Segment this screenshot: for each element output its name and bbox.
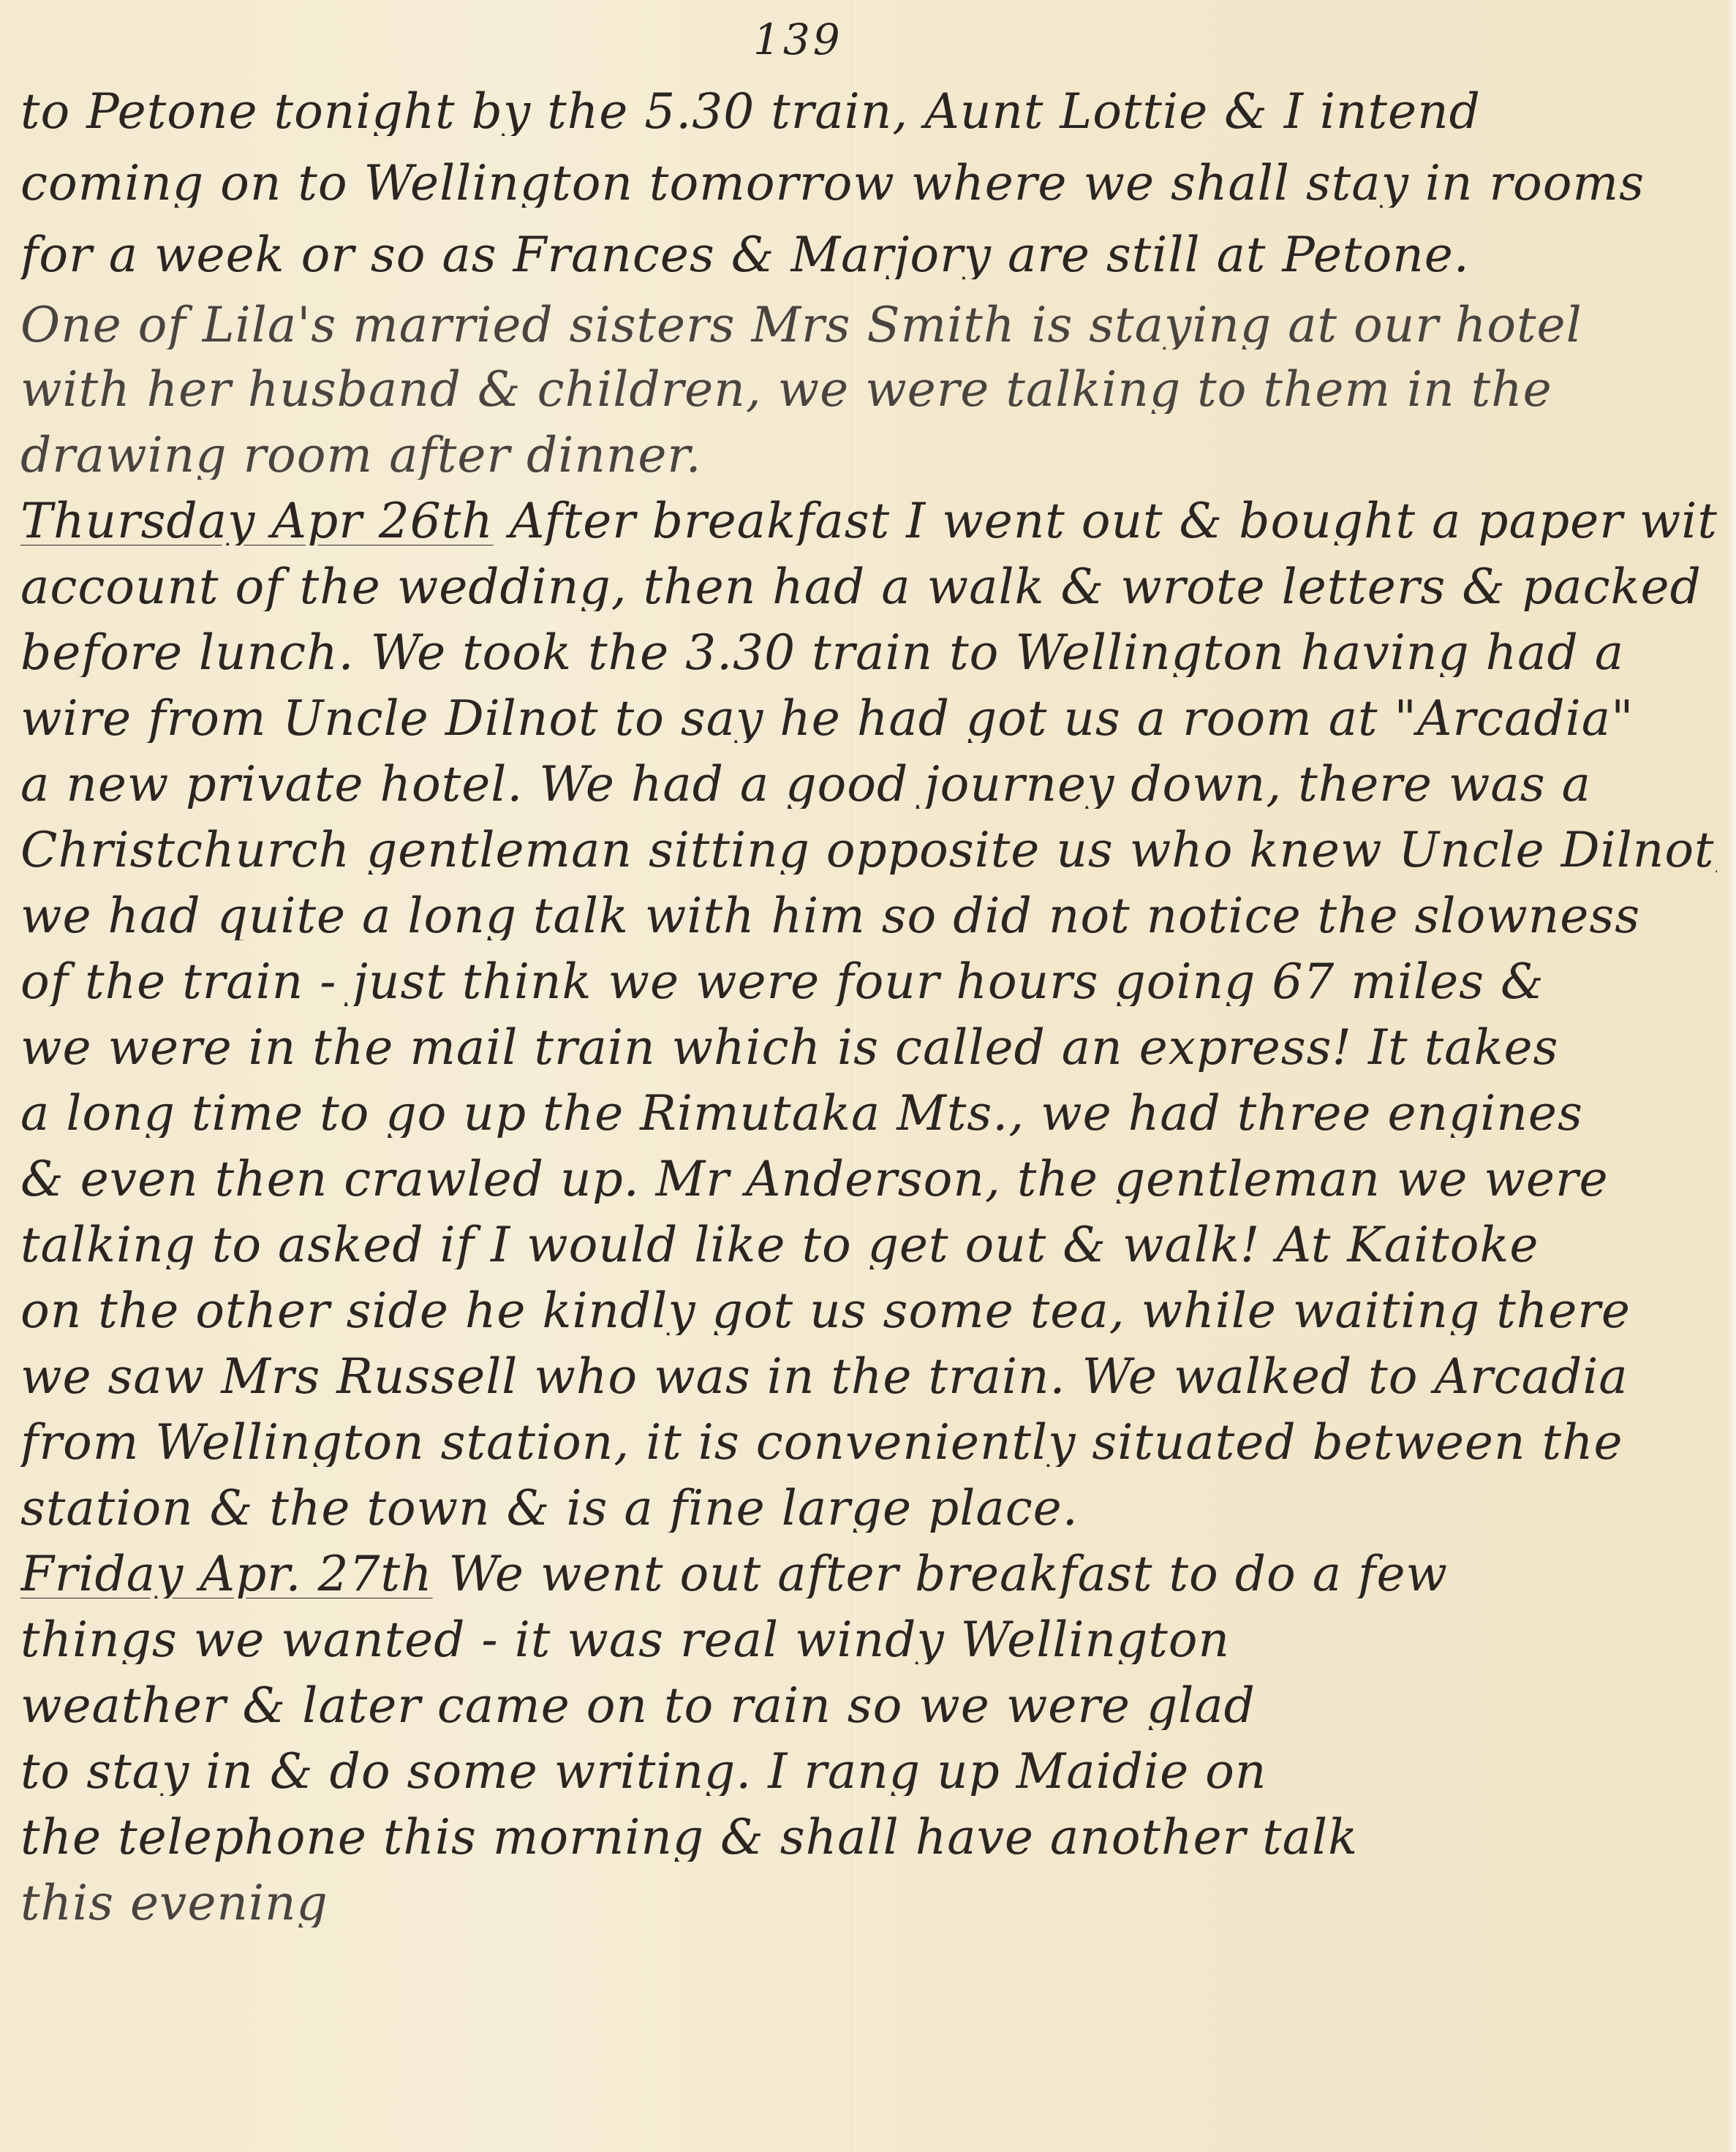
entry-thursday: Thursday Apr 26th After breakfast I went… xyxy=(20,497,1717,545)
diary-page: 139 to Petone tonight by the 5.30 train,… xyxy=(0,0,1736,2152)
text-line: Christchurch gentleman sitting opposite … xyxy=(20,826,1717,875)
text-line: & even then crawled up. Mr Anderson, the… xyxy=(20,1155,1717,1204)
text-line: wire from Uncle Dilnot to say he had got… xyxy=(20,695,1717,743)
text-line: this evening xyxy=(20,1879,1717,1928)
page-edge xyxy=(1726,0,1736,2152)
text-line: coming on to Wellington tomorrow where w… xyxy=(20,159,1717,208)
text-line: to Petone tonight by the 5.30 train, Aun… xyxy=(20,88,1717,136)
entry-date: Thursday Apr 26th xyxy=(20,497,494,545)
entry-friday: Friday Apr. 27th We went out after break… xyxy=(20,1550,1717,1598)
text-line: One of Lila's married sisters Mrs Smith … xyxy=(20,301,1717,350)
entry-text: We went out after breakfast to do a few xyxy=(433,1550,1449,1598)
text-line: weather & later came on to rain so we we… xyxy=(20,1682,1717,1730)
text-line: the telephone this morning & shall have … xyxy=(20,1813,1717,1862)
text-line: on the other side he kindly got us some … xyxy=(20,1287,1717,1335)
text-line: of the train - just think we were four h… xyxy=(20,958,1717,1006)
text-line: a new private hotel. We had a good journ… xyxy=(20,760,1717,809)
text-line: station & the town & is a fine large pla… xyxy=(20,1484,1717,1533)
text-line: with her husband & children, we were tal… xyxy=(20,366,1717,414)
text-line: from Wellington station, it is convenien… xyxy=(20,1419,1717,1467)
text-line: drawing room after dinner. xyxy=(20,431,1717,480)
entry-text: After breakfast I went out & bought a pa… xyxy=(494,497,1717,545)
text-line: to stay in & do some writing. I rang up … xyxy=(20,1748,1717,1796)
text-line: before lunch. We took the 3.30 train to … xyxy=(20,629,1717,677)
entry-date: Friday Apr. 27th xyxy=(20,1550,433,1598)
text-line: we were in the mail train which is calle… xyxy=(20,1024,1717,1072)
text-line: we saw Mrs Russell who was in the train.… xyxy=(20,1353,1717,1401)
text-line: things we wanted - it was real windy Wel… xyxy=(20,1616,1717,1664)
text-line: talking to asked if I would like to get … xyxy=(20,1221,1717,1269)
page-number: 139 xyxy=(753,15,843,64)
text-line: we had quite a long talk with him so did… xyxy=(20,892,1717,940)
text-line: account of the wedding, then had a walk … xyxy=(20,563,1717,611)
text-line: for a week or so as Frances & Marjory ar… xyxy=(20,231,1717,279)
text-line: a long time to go up the Rimutaka Mts., … xyxy=(20,1090,1717,1138)
